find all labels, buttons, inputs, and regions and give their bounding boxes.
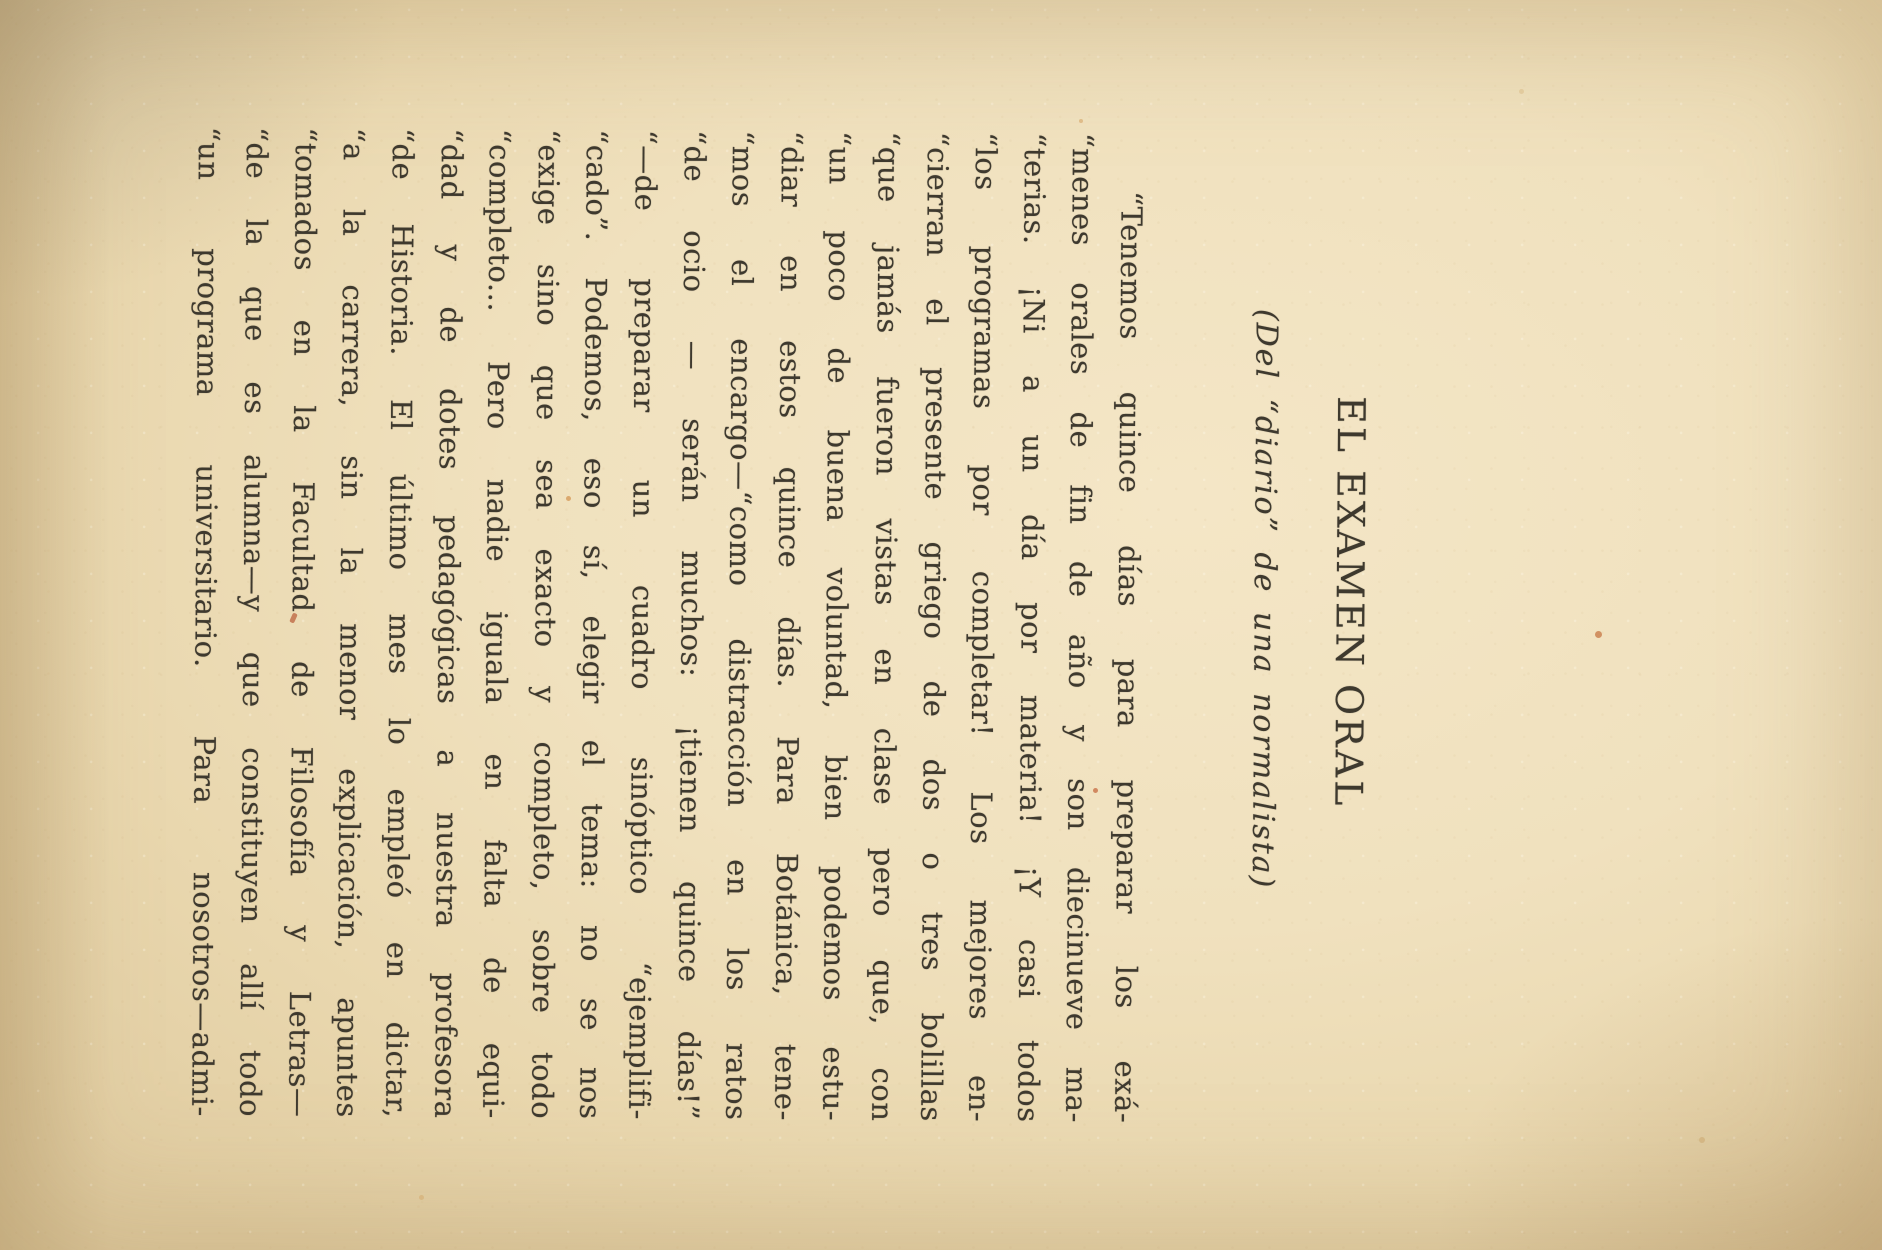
text-line: “tomados en la Facultad de Filosofía y L…	[274, 127, 330, 1117]
text-line: “de ocio — serán muchos: ¡tienen quince …	[663, 130, 719, 1120]
text-line: “a la carrera, sin la menor explicación,…	[323, 128, 379, 1118]
text-line: “de Historia. El último mes lo empleó en…	[372, 128, 428, 1118]
text-line: “completo... Pero nadie iguala en falta …	[469, 129, 525, 1119]
text-line: “un poco de buena voluntad, bien podemos…	[809, 131, 865, 1121]
page-title: EL EXAMEN ORAL	[1324, 135, 1375, 1070]
paper-speck	[1699, 1137, 1705, 1143]
paper-speck	[1595, 631, 1602, 638]
paper-shadow-leftedge	[0, 0, 110, 1250]
paper-speck	[419, 1195, 424, 1200]
text-line: “—de preparar un cuadro sinóptico “ejemp…	[615, 130, 671, 1120]
text-line: “diar en estos quince días. Para Botánic…	[760, 131, 816, 1121]
text-line: “los programas por completar! Los mejore…	[955, 132, 1011, 1122]
text-line: “que jamás fueron vistas en clase pero q…	[858, 131, 914, 1121]
text-line: “menes orales de fin de año y son diecin…	[1052, 133, 1108, 1123]
scanned-book-page: EL EXAMEN ORAL (Del “diario” de una norm…	[0, 0, 1882, 1250]
paper-speck	[1519, 89, 1524, 94]
text-line: “dad y de dotes pedagógicas a nuestra pr…	[420, 128, 476, 1118]
page-content: EL EXAMEN ORAL (Del “diario” de una norm…	[108, 126, 1385, 1125]
text-line: “Tenemos quince días para preparar los e…	[1101, 133, 1157, 1123]
paper-speck	[1079, 119, 1083, 123]
text-line: “cado”. Podemos, eso sí, elegir el tema:…	[566, 129, 622, 1119]
text-line: “cierran el presente griego de dos o tre…	[906, 132, 962, 1122]
text-line: “un programa universitario. Para nosotro…	[177, 127, 233, 1117]
body-text: “Tenemos quince días para preparar los e…	[177, 127, 1156, 1124]
text-line: “terias. ¡Ni a un día por materia! ¡Y ca…	[1003, 132, 1059, 1122]
text-line: “de la que es alumna—y que constituyen a…	[226, 127, 282, 1117]
page-subtitle: (Del “diario” de una normalista)	[1244, 134, 1285, 1064]
text-line: “exige sino que sea exacto y completo, s…	[517, 129, 573, 1119]
text-line: “mos el encargo—“como distracción en los…	[712, 130, 768, 1120]
